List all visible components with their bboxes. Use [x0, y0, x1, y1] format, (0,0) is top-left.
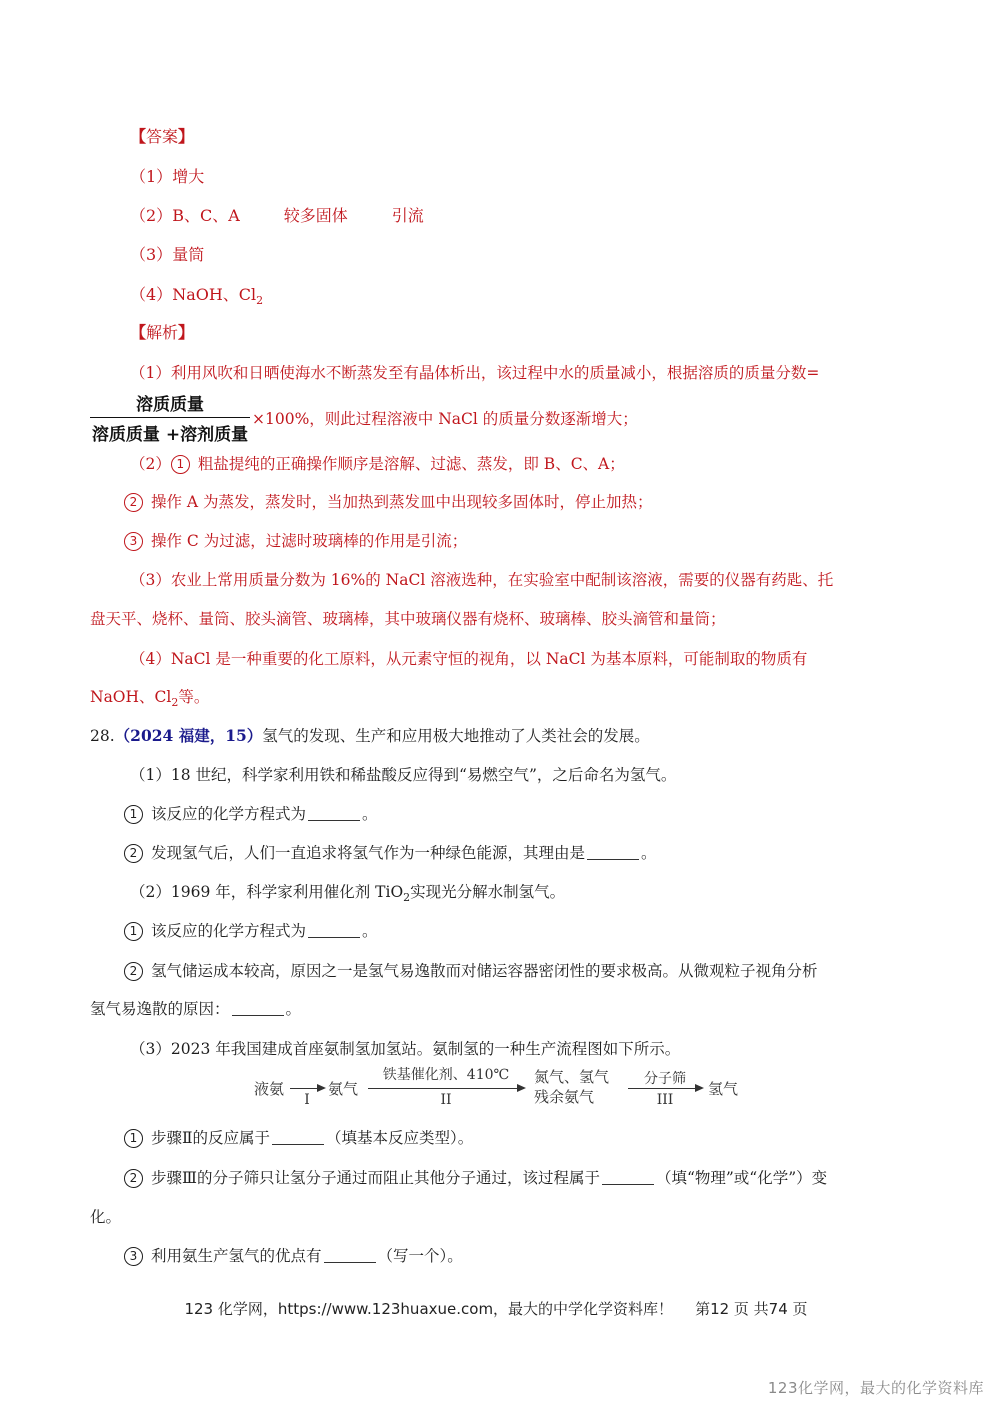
- page-footer: 123 化学网，https://www.123huaxue.com，最大的中学化…: [0, 1298, 992, 1319]
- circled-number-icon: 2: [124, 844, 143, 863]
- part3-intro: （3）2023 年我国建成首座氨制氢加氢站。氨制氢的一种生产流程图如下所示。: [130, 1038, 680, 1060]
- analysis-text: 等。: [178, 688, 209, 706]
- analysis-text: 操作 C 为过滤，过滤时玻璃棒的作用是引流；: [151, 532, 467, 550]
- flow-node-mixture: 残余氨气: [534, 1086, 594, 1107]
- part3-q2: 2步骤Ⅲ的分子筛只让氢分子通过而阻止其他分子通过，该过程属于（填“物理”或“化学…: [124, 1167, 827, 1189]
- answer-label: （3）: [130, 245, 172, 264]
- subscript: 2: [256, 294, 263, 307]
- arrow-right-icon: [368, 1088, 524, 1089]
- analysis-p3-line2: 盘天平、烧杯、量筒、胶头滴管、玻璃棒，其中玻璃仪器有烧杯、玻璃棒、胶头滴管和量筒…: [90, 608, 726, 630]
- answer-text: 增大: [172, 167, 204, 186]
- circled-number-icon: 3: [124, 532, 143, 551]
- answer-label: （1）: [130, 167, 172, 186]
- fraction-numerator: 溶质质量: [90, 390, 250, 418]
- question-text: （填基本反应类型）。: [326, 1129, 473, 1147]
- question-number: 28.: [90, 727, 115, 745]
- circled-number-icon: 1: [124, 805, 143, 824]
- part2-q1: 1该反应的化学方程式为。: [124, 920, 378, 942]
- document-page: 【答案】 （1）增大 （2）B、C、A较多固体引流 （3）量筒 （4）NaOH、…: [0, 0, 992, 1403]
- answer-blank[interactable]: [272, 1128, 324, 1145]
- circled-number-icon: 2: [124, 962, 143, 981]
- flow-condition-label: 分子筛: [628, 1068, 702, 1088]
- question-text: 利用氨生产氢气的优点有: [151, 1247, 322, 1265]
- flow-step-label: II: [368, 1092, 524, 1108]
- analysis-p2-item-3: 3操作 C 为过滤，过滤时玻璃棒的作用是引流；: [124, 530, 467, 552]
- analysis-text: NaOH、Cl: [90, 688, 171, 706]
- answer-heading-text: 答案: [146, 127, 178, 146]
- answer-text: 量筒: [172, 245, 204, 264]
- answer-blank[interactable]: [602, 1168, 654, 1185]
- question-stem-text: 氢气的发现、生产和应用极大地推动了人类社会的发展。: [262, 727, 650, 745]
- answer-part: 引流: [392, 206, 424, 225]
- arrow-right-icon: [290, 1088, 324, 1089]
- part3-q3: 3利用氨生产氢气的优点有（写一个）。: [124, 1245, 463, 1267]
- part2-intro: （2）1969 年，科学家利用催化剂 TiO2实现光分解水制氢气。: [130, 881, 565, 903]
- bracket-open: 【: [130, 127, 146, 146]
- question-source: （2024 福建，15）: [115, 726, 263, 745]
- answer-item-4: （4）NaOH、Cl2: [130, 284, 263, 306]
- analysis-text: 粗盐提纯的正确操作顺序是溶解、过滤、蒸发，即 B、C、A；: [198, 455, 625, 473]
- fraction-denominator: 溶质质量 +溶剂质量: [90, 418, 250, 445]
- question-text: （写一个）。: [378, 1247, 463, 1265]
- bracket-close: 】: [178, 323, 194, 342]
- bracket-open: 【: [130, 323, 146, 342]
- answer-blank[interactable]: [324, 1246, 376, 1263]
- circled-number-icon: 2: [124, 493, 143, 512]
- part2-q2: 2氢气储运成本较高，原因之一是氢气易逸散而对储运容器密闭性的要求极高。从微观粒子…: [124, 960, 818, 982]
- analysis-heading: 【解析】: [130, 322, 194, 344]
- part1-q2: 2发现氢气后，人们一直追求将氢气作为一种绿色能源，其理由是。: [124, 842, 657, 864]
- circled-number-icon: 1: [124, 922, 143, 941]
- mass-fraction-formula: 溶质质量 溶质质量 +溶剂质量: [90, 390, 250, 445]
- answer-label: （4）: [130, 285, 172, 304]
- footer-site-text: 123 化学网，https://www.123huaxue.com，最大的中学化…: [184, 1300, 673, 1318]
- arrow-right-icon: [628, 1088, 702, 1089]
- analysis-label: （2）: [130, 455, 171, 473]
- answer-label: （2）: [130, 206, 172, 225]
- answer-blank[interactable]: [308, 804, 360, 821]
- analysis-text: 操作 A 为蒸发，蒸发时，当加热到蒸发皿中出现较多固体时，停止加热；: [151, 493, 653, 511]
- page-number: 第12 页 共74 页: [695, 1300, 807, 1318]
- question-text: 该反应的化学方程式为: [151, 922, 306, 940]
- question-text: 。: [286, 1000, 302, 1018]
- part3-q1: 1步骤Ⅱ的反应属于（填基本反应类型）。: [124, 1127, 473, 1149]
- part1-intro: （1）18 世纪，科学家利用铁和稀盐酸反应得到“易燃空气”，之后命名为氢气。: [130, 764, 676, 786]
- question-text: 氢气储运成本较高，原因之一是氢气易逸散而对储运容器密闭性的要求极高。从微观粒子视…: [151, 962, 818, 980]
- answer-item-3: （3）量筒: [130, 244, 204, 266]
- circled-number-icon: 3: [124, 1247, 143, 1266]
- analysis-p1-line1: （1）利用风吹和日晒使海水不断蒸发至有晶体析出，该过程中水的质量减小，根据溶质的…: [130, 362, 819, 384]
- flow-node-ammonia-gas: 氨气: [328, 1078, 358, 1099]
- question-text: （2）1969 年，科学家利用催化剂 TiO: [130, 883, 403, 901]
- flow-node-hydrogen: 氢气: [708, 1078, 738, 1099]
- answer-item-1: （1）增大: [130, 166, 204, 188]
- answer-blank[interactable]: [232, 999, 284, 1016]
- answer-part: B、C、A: [172, 206, 240, 225]
- part3-q2-line2: 化。: [90, 1206, 121, 1228]
- circled-number-icon: 1: [171, 455, 190, 474]
- question-text: 发现氢气后，人们一直追求将氢气作为一种绿色能源，其理由是: [151, 844, 585, 862]
- question-text: 。: [641, 844, 657, 862]
- question-text: 。: [362, 805, 378, 823]
- flow-node-liquid-ammonia: 液氨: [254, 1078, 284, 1099]
- question-text: 该反应的化学方程式为: [151, 805, 306, 823]
- question-text: （填“物理”或“化学”）变: [656, 1169, 827, 1187]
- question-text: 。: [362, 922, 378, 940]
- answer-item-2: （2）B、C、A较多固体引流: [130, 205, 424, 227]
- analysis-p4-line2: NaOH、Cl2等。: [90, 686, 209, 708]
- analysis-p4-line1: （4）NaCl 是一种重要的化工原料，从元素守恒的视角，以 NaCl 为基本原料…: [130, 648, 807, 670]
- flow-step-label: I: [300, 1092, 314, 1108]
- answer-blank[interactable]: [587, 843, 639, 860]
- analysis-p3-line1: （3）农业上常用质量分数为 16%的 NaCl 溶液选种，在实验室中配制该溶液，…: [130, 569, 833, 591]
- part2-q2-line2: 氢气易逸散的原因：。: [90, 998, 301, 1020]
- analysis-p2-item-2: 2操作 A 为蒸发，蒸发时，当加热到蒸发皿中出现较多固体时，停止加热；: [124, 491, 653, 513]
- analysis-p1-line2: ×100%，则此过程溶液中 NaCl 的质量分数逐渐增大；: [252, 408, 638, 430]
- answer-blank[interactable]: [308, 921, 360, 938]
- part1-q1: 1该反应的化学方程式为。: [124, 803, 378, 825]
- answer-part: 较多固体: [284, 206, 348, 225]
- question-28-stem: 28.（2024 福建，15）氢气的发现、生产和应用极大地推动了人类社会的发展。: [90, 725, 650, 747]
- question-text: 步骤Ⅲ的分子筛只让氢分子通过而阻止其他分子通过，该过程属于: [151, 1169, 600, 1187]
- question-text: 氢气易逸散的原因：: [90, 1000, 230, 1018]
- flow-node-mixture: 氮气、氢气: [534, 1066, 609, 1087]
- answer-heading: 【答案】: [130, 126, 194, 148]
- watermark: 123化学网，最大的化学资料库: [768, 1377, 984, 1398]
- analysis-heading-text: 解析: [146, 323, 178, 342]
- flow-condition-label: 铁基催化剂、410℃: [368, 1064, 524, 1084]
- bracket-close: 】: [178, 127, 194, 146]
- flow-step-label: III: [628, 1092, 702, 1108]
- analysis-p2-item-1: （2）1粗盐提纯的正确操作顺序是溶解、过滤、蒸发，即 B、C、A；: [130, 453, 625, 475]
- answer-text: NaOH、Cl: [172, 285, 256, 304]
- ammonia-hydrogen-flow-diagram: 液氨 I 氨气 铁基催化剂、410℃ II 氮气、氢气 残余氨气 分子筛 III…: [250, 1066, 750, 1118]
- question-text: 实现光分解水制氢气。: [410, 883, 565, 901]
- question-text: 步骤Ⅱ的反应属于: [151, 1129, 270, 1147]
- circled-number-icon: 2: [124, 1169, 143, 1188]
- circled-number-icon: 1: [124, 1129, 143, 1148]
